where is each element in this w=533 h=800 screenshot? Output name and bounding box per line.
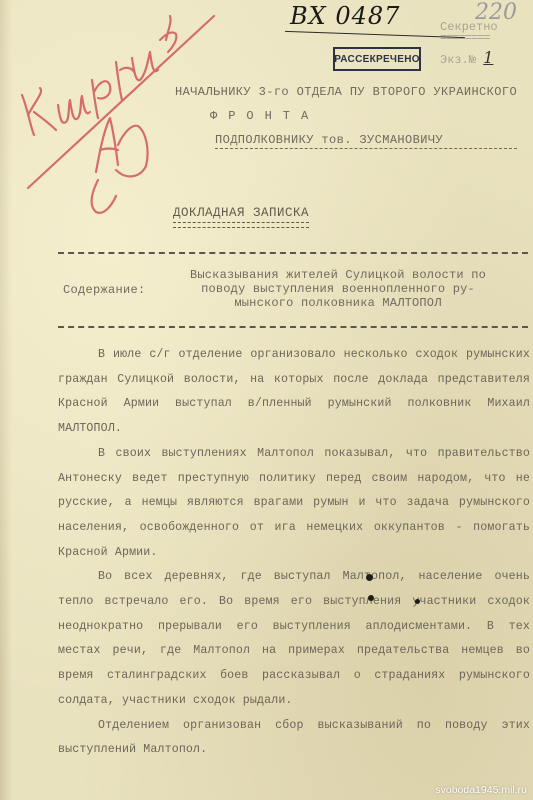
copy-value: 1 — [483, 48, 493, 67]
document-title-text: ДОКЛАДНАЯ ЗАПИСКА — [173, 206, 309, 220]
addressee-line-2: ФРОНТА — [210, 109, 517, 123]
addressee-line-1: НАЧАЛЬНИКУ 3-го ОТДЕЛА ПУ ВТОРОГО УКРАИН… — [175, 85, 517, 99]
body-paragraph: В своих выступлениях Малтопол показывал,… — [58, 442, 530, 566]
copy-number: Экз.№ 1 — [440, 48, 493, 67]
document-body: В июле с/г отделение организовало нескол… — [58, 343, 530, 763]
body-paragraph: Отделением организован сбор высказываний… — [58, 714, 530, 763]
dashed-rule-bottom — [58, 326, 528, 328]
subject-line: мынского полковника МАЛТОПОЛ — [173, 296, 503, 310]
document-title-underline — [173, 222, 309, 228]
copy-label: Экз.№ — [440, 53, 476, 67]
subject-line: поводу выступления военнопленного ру- — [173, 282, 503, 296]
dashed-rule-top — [58, 252, 528, 254]
addressee-line-3: ПОДПОЛКОВНИКУ тов. ЗУСМАНОВИЧУ — [215, 133, 517, 149]
classification-underline: ======== — [440, 33, 498, 44]
subject-label: Содержание: — [63, 283, 146, 297]
document-title: ДОКЛАДНАЯ ЗАПИСКА — [173, 206, 309, 228]
subject-line: Высказывания жителей Сулицкой волости по — [173, 268, 503, 282]
body-paragraph: В июле с/г отделение организовало нескол… — [58, 343, 530, 442]
classification-mark: Секретно ======== — [440, 22, 498, 44]
source-watermark: svoboda1945.mil.ru — [435, 784, 527, 796]
ink-blot — [368, 595, 374, 601]
declassified-stamp: РАССЕКРЕЧЕНО — [333, 47, 421, 71]
ink-blot — [366, 574, 373, 581]
addressee-block: НАЧАЛЬНИКУ 3-го ОТДЕЛА ПУ ВТОРОГО УКРАИН… — [175, 85, 517, 149]
ink-blot — [415, 599, 420, 604]
inbox-underline — [285, 31, 465, 38]
subject-text: Высказывания жителей Сулицкой волости по… — [173, 268, 503, 310]
archival-document-page: ВХ 0487 220 Секретно ======== Экз.№ 1 РА… — [0, 0, 533, 800]
inbox-number: ВХ 0487 — [290, 2, 400, 30]
body-paragraph: Во всех деревнях, где выступал Малтопол,… — [58, 565, 530, 713]
